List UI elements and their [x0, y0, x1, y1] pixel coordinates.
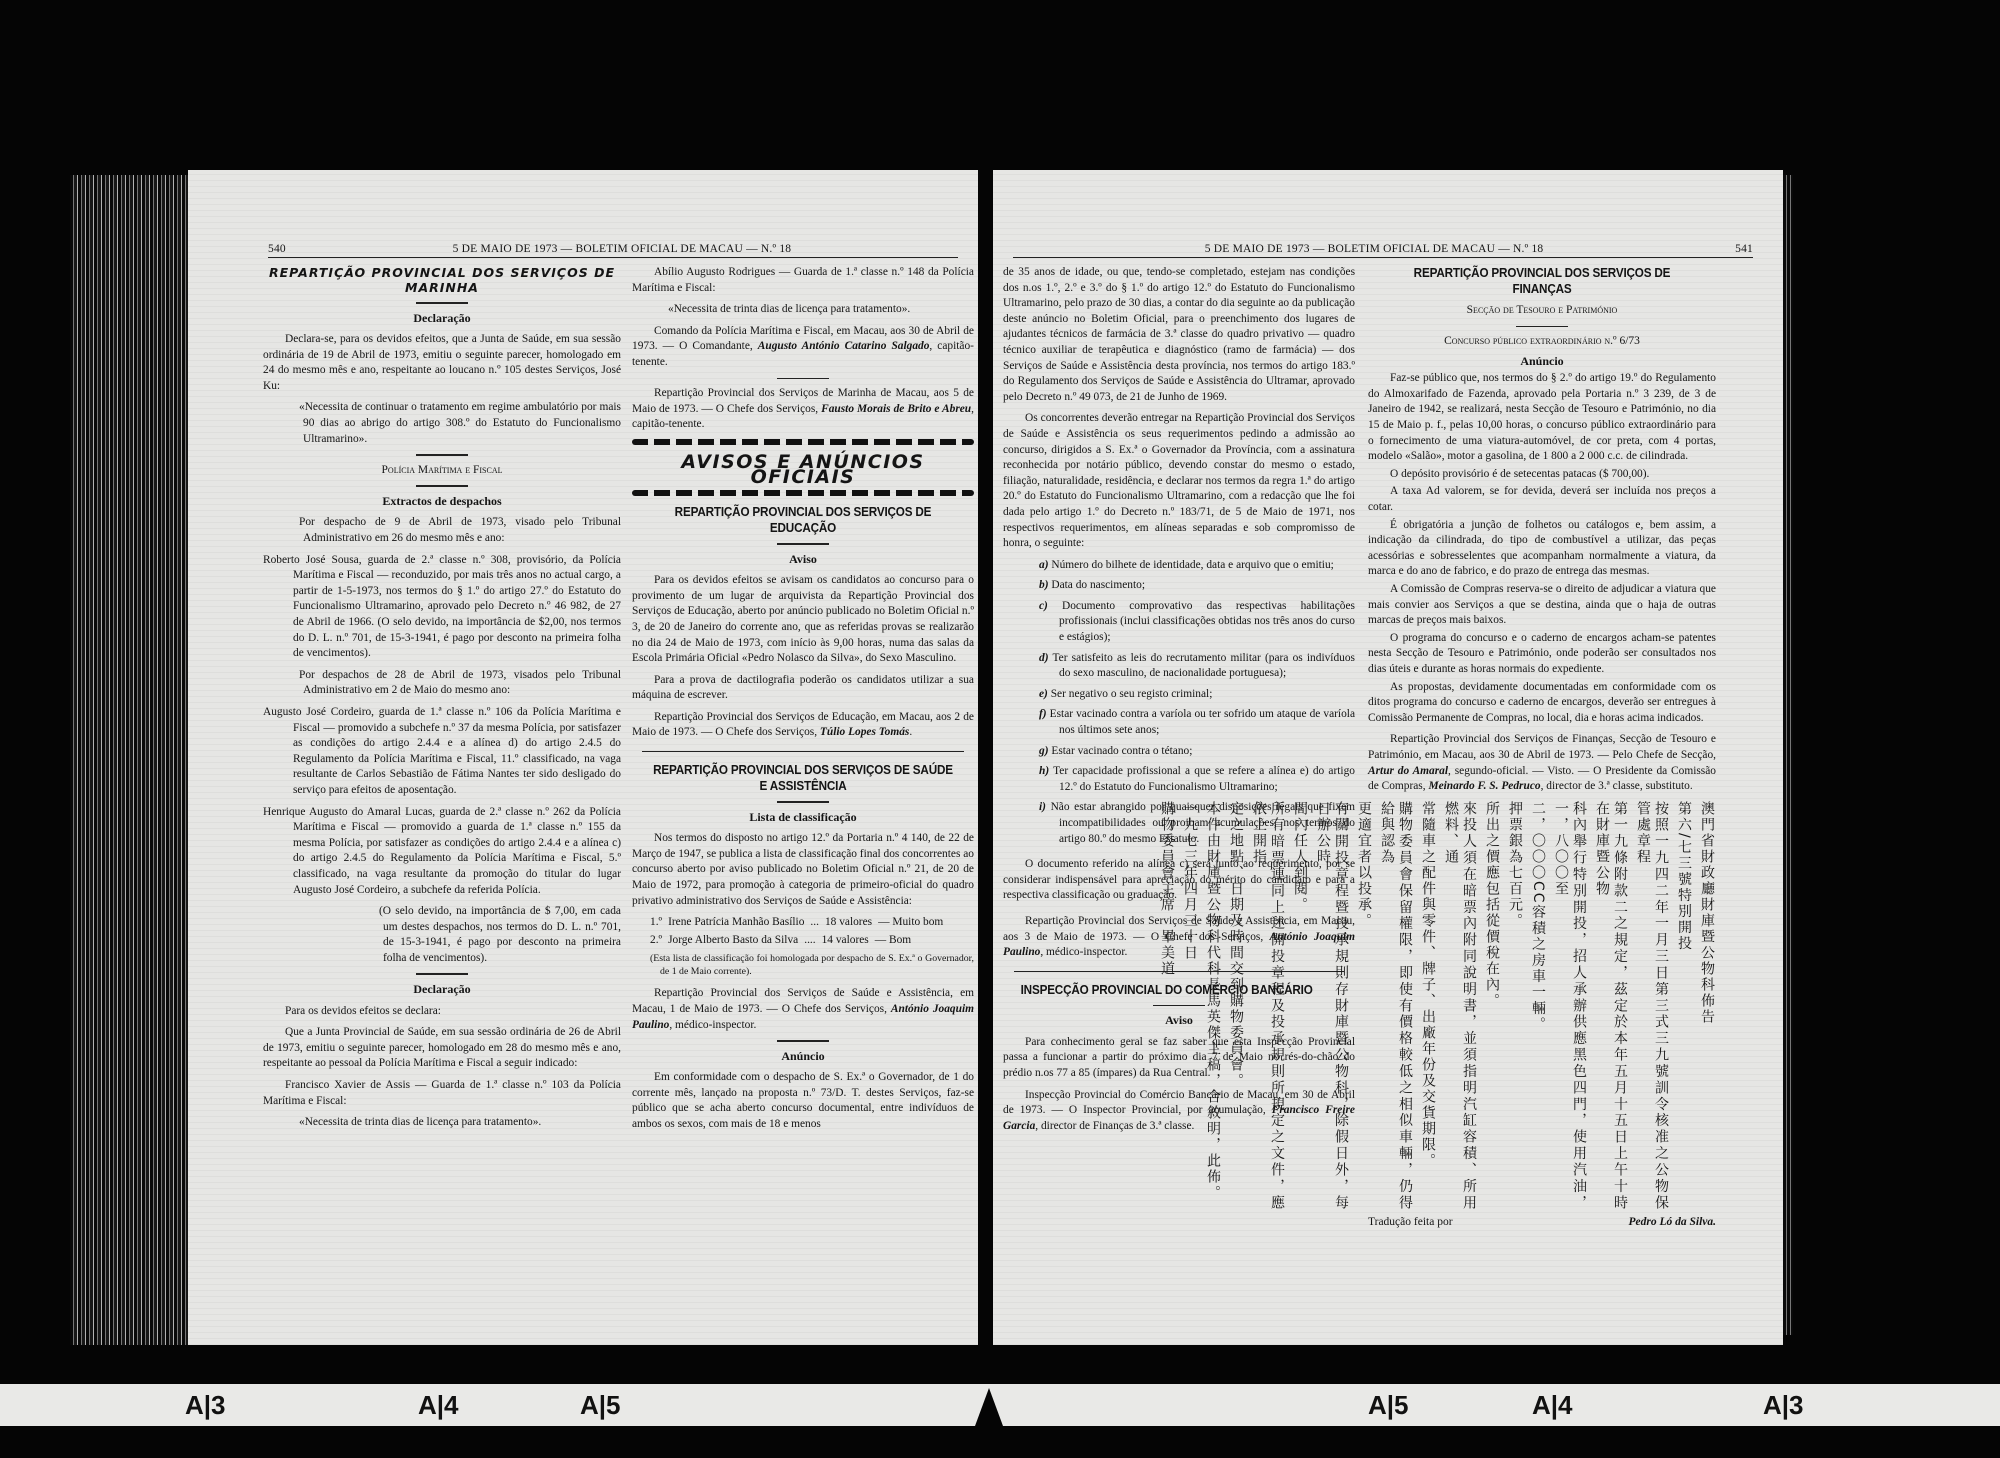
- paragraph: Henrique Augusto do Amaral Lucas, guarda…: [263, 805, 621, 899]
- paragraph: Para os devidos efeitos se avisam os can…: [632, 573, 974, 667]
- paragraph: Por despacho de 9 de Abril de 1973, visa…: [263, 515, 621, 546]
- chinese-column: 來投人須在暗票內附同說明書，並須指明汽缸容積、所用燃料、通: [1442, 801, 1478, 1211]
- running-head-title: 5 DE MAIO DE 1973 — BOLETIM OFICIAL DE M…: [1013, 243, 1735, 255]
- left-column-1: REPARTIÇÃO PROVINCIAL DOS SERVIÇOS DE MA…: [263, 265, 621, 1137]
- frame-mark: A|4: [418, 1390, 459, 1421]
- alinea-item: c) Documento comprovativo das respectiva…: [1003, 599, 1355, 646]
- divider: [416, 485, 468, 487]
- paragraph: As propostas, devidamente documentadas e…: [1368, 680, 1716, 727]
- chinese-column: 二，〇〇〇CC容積之房車一輛。: [1529, 801, 1547, 1211]
- alinea-key: d): [1039, 652, 1049, 664]
- paragraph: Faz-se público que, nos termos do § 2.º …: [1368, 371, 1716, 465]
- alinea-item: d) Ter satisfeito as leis do recrutament…: [1003, 651, 1355, 682]
- signature-block: Repartição Provincial dos Serviços de Sa…: [632, 986, 974, 1033]
- chinese-column: 第一九條附款二之規定，茲定於本年五月十五日上午十時在財庫暨公物: [1593, 801, 1629, 1211]
- alinea-text: Não estar abrangido por quaisquer dispos…: [1051, 801, 1355, 844]
- banner-avisos: AVISOS E ANÚNCIOS OFICIAIS: [632, 455, 974, 486]
- alinea-text: Ter satisfeito as leis do recrutamento m…: [1052, 652, 1355, 680]
- chinese-notice: 澳門省財政廳財庫暨公物科佈告第六/七三號特別開投按照一九四二年一月三日第三式三九…: [1368, 801, 1716, 1211]
- dept-heading-educacao: REPARTIÇÃO PROVINCIAL DOS SERVIÇOS DE ED…: [649, 504, 957, 536]
- alinea-text: Estar vacinado contra o tétano;: [1051, 745, 1192, 757]
- paragraph: Declara-se, para os devidos efeitos, que…: [263, 332, 621, 394]
- rank-leader: ...: [810, 915, 819, 931]
- chinese-column: 購物委員會保留權限，即使有價格較低之相似車輛，仍得給與認為: [1378, 801, 1414, 1211]
- chinese-column: 定之地點、日期及時間交到購物委員會。: [1227, 801, 1245, 1211]
- banner-dash-bottom: [632, 490, 974, 496]
- alinea-key: a): [1039, 559, 1049, 571]
- paragraph: O programa do concurso e o caderno de en…: [1368, 631, 1716, 678]
- sign-text: Repartição Provincial dos Serviços de Fi…: [1368, 733, 1716, 761]
- concurso-caps: Concurso público extraordinário n.º 6/73: [1368, 334, 1716, 350]
- left-page: 540 5 DE MAIO DE 1973 — BOLETIM OFICIAL …: [188, 170, 978, 1345]
- translation-credit: Tradução feita por Pedro Ló da Silva.: [1368, 1215, 1716, 1231]
- signature-block: Repartição Provincial dos Serviços de Ed…: [632, 710, 974, 741]
- dept-heading-financas: REPARTIÇÃO PROVINCIAL DOS SERVIÇOS DE FI…: [1385, 265, 1698, 297]
- chinese-column: 有關開投章程暨投承規則存財庫暨公物科，除假日外，每日辦公時: [1314, 801, 1350, 1211]
- rank-name: Irene Patrícia Manhão Basílio: [668, 915, 804, 931]
- paragraph: Abílio Augusto Rodrigues — Guarda de 1.ª…: [632, 265, 974, 296]
- alinea-item: h) Ter capacidade profissional a que se …: [1003, 764, 1355, 795]
- chinese-column: 購物委員會主席 畢美道: [1158, 801, 1176, 1211]
- alinea-item: g) Estar vacinado contra o tétano;: [1003, 744, 1355, 760]
- translation-label: Tradução feita por: [1368, 1215, 1453, 1231]
- paragraph: Os concorrentes deverão entregar na Repa…: [1003, 411, 1355, 551]
- dept-heading-saude: REPARTIÇÃO PROVINCIAL DOS SERVIÇOS DE SA…: [649, 762, 957, 794]
- alinea-key: f): [1039, 708, 1047, 720]
- alinea-key: g): [1039, 745, 1049, 757]
- section-title: Declaração: [263, 311, 621, 327]
- divider: [777, 378, 829, 380]
- translator-name: Pedro Ló da Silva.: [1628, 1215, 1716, 1231]
- rank-score: 18 valores: [825, 915, 872, 931]
- right-column-2: REPARTIÇÃO PROVINCIAL DOS SERVIÇOS DE FI…: [1368, 265, 1716, 1230]
- signature-block: Comando da Polícia Marítima e Fiscal, em…: [632, 324, 974, 371]
- section-title: Anúncio: [1368, 354, 1716, 370]
- alinea-item: f) Estar vacinado contra a varíola ou te…: [1003, 707, 1355, 738]
- signatory: Fausto Morais de Brito e Abreu: [821, 403, 971, 415]
- gutter-notch: [975, 1388, 1003, 1426]
- chinese-column: 更適宜者以投承。: [1355, 801, 1373, 1211]
- signatory: Artur do Amaral: [1368, 765, 1448, 777]
- alinea-key: c): [1039, 600, 1048, 612]
- chinese-column: 科內舉行特別開投，招人承辦供應黑色四門，使用汽油，一，八〇〇至: [1552, 801, 1588, 1211]
- section-title: Declaração: [263, 982, 621, 998]
- rank-pos: 2.º: [650, 933, 662, 949]
- alinea-key: e): [1039, 688, 1048, 700]
- rank-leader: ....: [804, 933, 815, 949]
- chinese-column: 按照一九四二年一月三日第三式三九號訓令核准之公物保管處章程: [1634, 801, 1670, 1211]
- chinese-column: 澳門省財政廳財庫暨公物科佈告: [1698, 801, 1716, 1211]
- paragraph: Que a Junta Provincial de Saúde, em sua …: [263, 1025, 621, 1072]
- quote: «Necessita de trinta dias de licença par…: [632, 302, 974, 318]
- frame-mark: A|5: [580, 1390, 621, 1421]
- rank: , médico-inspector.: [1040, 946, 1127, 958]
- rank-score: 14 valores: [822, 933, 869, 949]
- quote: «Necessita de continuar o tratamento em …: [263, 400, 621, 447]
- paragraph: O depósito provisório é de setecentas pa…: [1368, 467, 1716, 483]
- paragraph: Para os devidos efeitos se declara:: [263, 1004, 621, 1020]
- page-number: 540: [268, 243, 286, 255]
- divider: [777, 543, 829, 545]
- divider: [416, 302, 468, 304]
- section-caps: Polícia Marítima e Fiscal: [263, 463, 621, 479]
- alinea-item: b) Data do nascimento;: [1003, 578, 1355, 594]
- alinea-text: Data do nascimento;: [1051, 579, 1145, 591]
- alinea-text: Estar vacinado contra a varíola ou ter s…: [1050, 708, 1355, 736]
- alinea-item: a) Número do bilhete de identidade, data…: [1003, 558, 1355, 574]
- frame-mark: A|5: [1368, 1390, 1409, 1421]
- section-title: Anúncio: [632, 1049, 974, 1065]
- section-title: Extractos de despachos: [263, 494, 621, 510]
- divider-long: [642, 751, 963, 752]
- alinea-key: b): [1039, 579, 1049, 591]
- alinea-text: Ter capacidade profissional a que se ref…: [1053, 765, 1355, 793]
- chinese-column: 所出之價應包括從價稅在內。: [1483, 801, 1501, 1211]
- chinese-column: 本件由財庫暨公物科代科長馬英傑主稿，合敘明，此佈。: [1204, 801, 1222, 1211]
- paragraph: Em conformidade com o despacho de S. Ex.…: [632, 1070, 974, 1132]
- note: (Esta lista de classificação foi homolog…: [632, 952, 974, 978]
- paragraph: Roberto José Sousa, guarda de 2.ª classe…: [263, 553, 621, 662]
- film-page-stack-left: [70, 175, 190, 1345]
- ranking-row: 1.º Irene Patrícia Manhão Basílio ... 18…: [632, 915, 974, 931]
- frame-mark: A|3: [1763, 1390, 1804, 1421]
- signature-block: Repartição Provincial dos Serviços de Ma…: [632, 386, 974, 433]
- chinese-column: 一九七三年四月三十日: [1181, 801, 1199, 1211]
- chinese-column: 常隨車之配件與零件、牌子、出廠年份及交貨期限。: [1419, 801, 1437, 1211]
- frame-mark: A|3: [185, 1390, 226, 1421]
- alinea-text: Ser negativo o seu registo criminal;: [1051, 688, 1213, 700]
- paragraph: A Comissão de Compras reserva-se o direi…: [1368, 582, 1716, 629]
- paragraph: Para a prova de dactilografia poderão os…: [632, 673, 974, 704]
- rank: , director de 3.ª classe, substituto.: [1541, 780, 1693, 792]
- alinea-item: e) Ser negativo o seu registo criminal;: [1003, 687, 1355, 703]
- running-head-title: 5 DE MAIO DE 1973 — BOLETIM OFICIAL DE M…: [286, 243, 958, 255]
- chinese-column: 押票銀為七百元。: [1506, 801, 1524, 1211]
- rank: , médico-inspector.: [669, 1019, 756, 1031]
- signature-block: Repartição Provincial dos Serviços de Fi…: [1368, 732, 1716, 794]
- quote: «Necessita de trinta dias de licença par…: [263, 1115, 621, 1131]
- divider: [416, 454, 468, 456]
- page-number: 541: [1735, 243, 1753, 255]
- section-title: Aviso: [632, 552, 974, 568]
- chinese-column: 間內任人到閱。: [1291, 801, 1309, 1211]
- divider: [1516, 326, 1568, 328]
- alinea-text: Documento comprovativo das respectivas h…: [1059, 600, 1355, 643]
- running-head-right: 5 DE MAIO DE 1973 — BOLETIM OFICIAL DE M…: [1013, 240, 1753, 258]
- section-title: Lista de classificação: [632, 810, 974, 826]
- banner-dash-top: [632, 439, 974, 445]
- divider: [777, 1040, 829, 1042]
- paragraph: Francisco Xavier de Assis — Guarda de 1.…: [263, 1078, 621, 1109]
- note: (O selo devido, na importância de $ 7,00…: [263, 904, 621, 966]
- signatory: Túlio Lopes Tomás: [820, 726, 909, 738]
- rank-grade: — Muito bom: [878, 915, 943, 931]
- paragraph: É obrigatória a junção de folhetos ou ca…: [1368, 518, 1716, 580]
- paragraph: Augusto José Cordeiro, guarda de 1.ª cla…: [263, 705, 621, 799]
- dept-heading-bancario: INSPECÇÃO PROVINCIAL DO COMÉRCIO BANCÁRI…: [1021, 982, 1338, 998]
- rank-name: Jorge Alberto Basto da Silva: [668, 933, 798, 949]
- alinea-key: i): [1039, 801, 1046, 813]
- chinese-column: 所有暗票連同上述開投章程及投承規則所規定之文件，應依上開指: [1250, 801, 1286, 1211]
- chinese-column: 第六/七三號特別開投: [1675, 801, 1693, 1211]
- divider: [416, 973, 468, 975]
- rank-grade: — Bom: [875, 933, 911, 949]
- paragraph: de 35 anos de idade, ou que, tendo-se co…: [1003, 265, 1355, 405]
- running-head-left: 540 5 DE MAIO DE 1973 — BOLETIM OFICIAL …: [268, 240, 958, 258]
- ranking-row: 2.º Jorge Alberto Basto da Silva .... 14…: [632, 933, 974, 949]
- seccao-caps: Secção de Tesouro e Património: [1368, 303, 1716, 319]
- signatory: Augusto António Catarino Salgado: [758, 340, 930, 352]
- right-page: 5 DE MAIO DE 1973 — BOLETIM OFICIAL DE M…: [993, 170, 1783, 1345]
- paragraph: Nos termos do disposto no artigo 12.º da…: [632, 831, 974, 909]
- signatory: Meinardo F. S. Pedruco: [1428, 780, 1540, 792]
- alinea-key: h): [1039, 765, 1049, 777]
- left-column-2: Abílio Augusto Rodrigues — Guarda de 1.ª…: [632, 265, 974, 1139]
- frame-mark: A|4: [1532, 1390, 1573, 1421]
- sign-text: Repartição Provincial dos Serviços de Ed…: [632, 711, 974, 739]
- paragraph: A taxa Ad valorem, se for devida, deverá…: [1368, 484, 1716, 515]
- divider: [777, 801, 829, 803]
- dept-heading-marinha: REPARTIÇÃO PROVINCIAL DOS SERVIÇOS DE MA…: [263, 265, 621, 295]
- paragraph: Por despachos de 28 de Abril de 1973, vi…: [263, 668, 621, 699]
- rank-pos: 1.º: [650, 915, 662, 931]
- alinea-text: Número do bilhete de identidade, data e …: [1051, 559, 1333, 571]
